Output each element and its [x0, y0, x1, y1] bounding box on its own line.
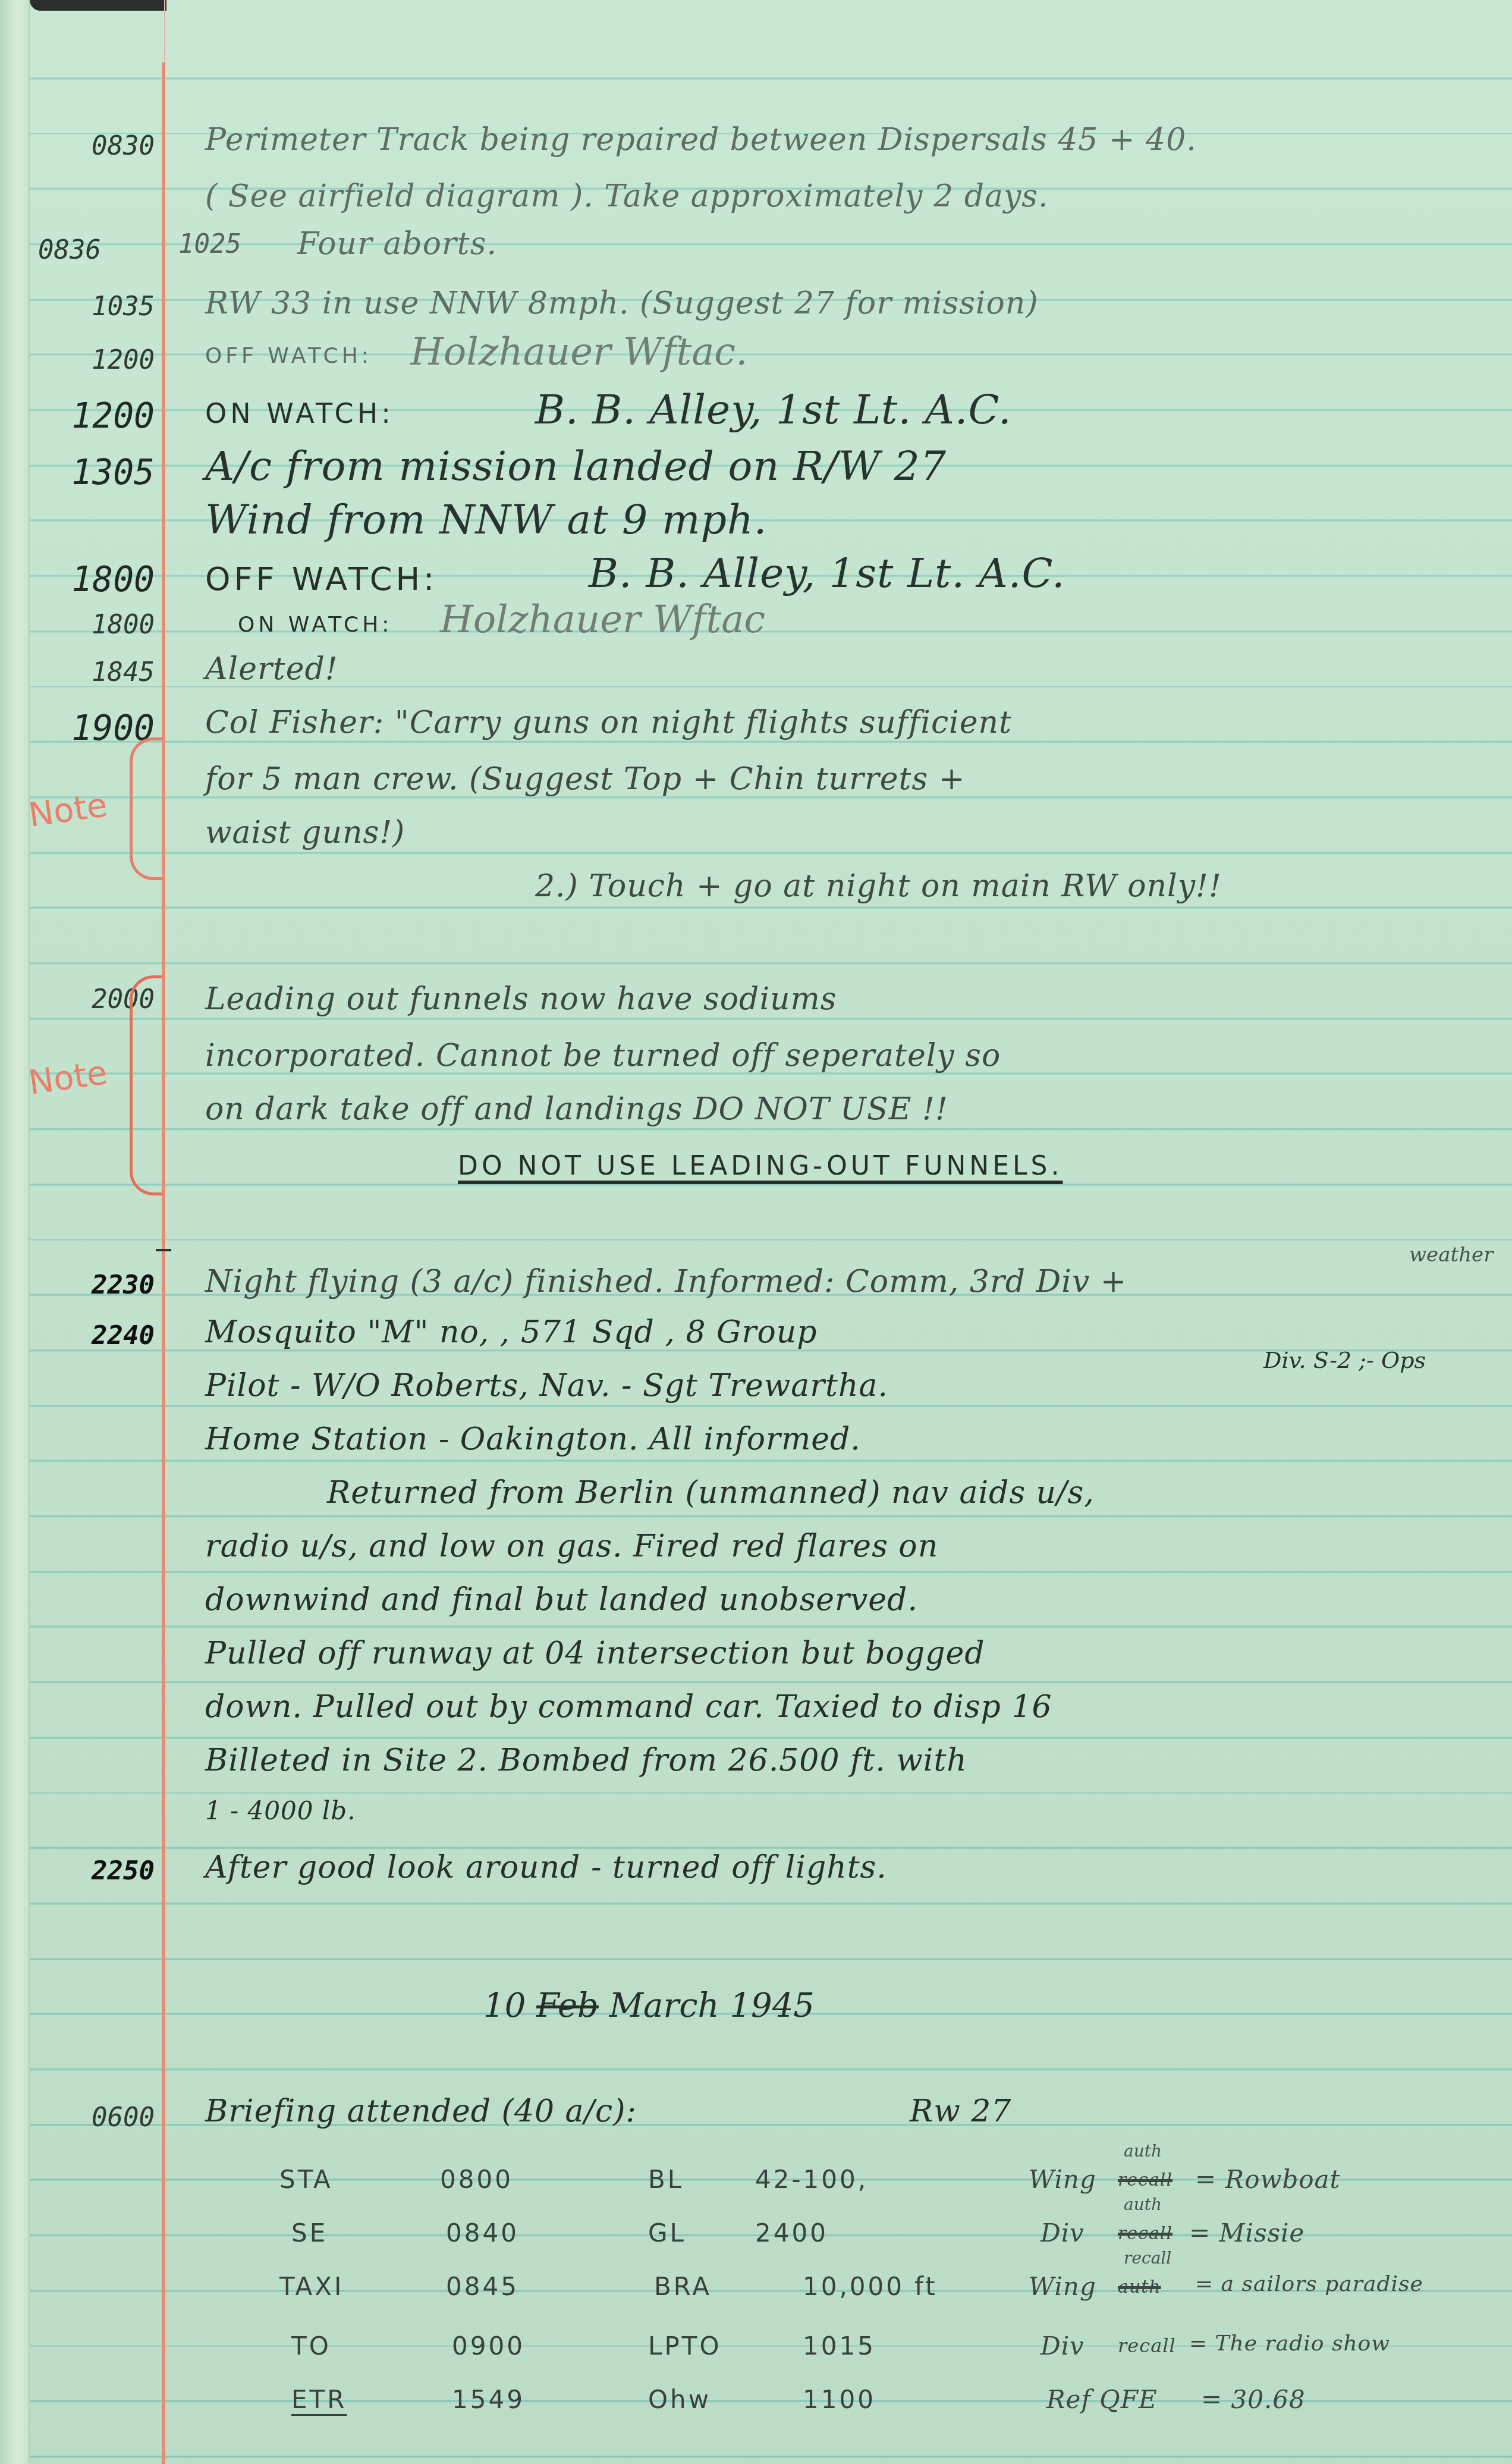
- entry-text: Night flying (3 a/c) finished. Informed:…: [205, 1264, 1494, 1300]
- entry-text: down. Pulled out by command car. Taxied …: [205, 1689, 1494, 1725]
- red-brace: [130, 737, 162, 880]
- entry-text: Four aborts.: [297, 226, 1494, 262]
- briefing-key-qualifier: recall: [1118, 2334, 1176, 2357]
- margin-line-top: [164, 0, 165, 62]
- entry-text: RW 33 in use NNW 8mph. (Suggest 27 for m…: [205, 285, 1494, 321]
- date-year: 1945: [730, 1986, 815, 2025]
- signature: Holzhauer Wftac.: [410, 330, 747, 374]
- red-brace: [130, 975, 162, 1195]
- entry-text: incorporated. Cannot be turned off seper…: [205, 1038, 1494, 1074]
- entry-text: Col Fisher: "Carry guns on night flights…: [205, 705, 1494, 740]
- briefing-insert: auth: [1124, 2141, 1162, 2161]
- entry-text: Pilot - W/O Roberts, Nav. - Sgt Trewarth…: [205, 1368, 1494, 1404]
- entry-time: 1035: [59, 291, 155, 322]
- signature: Holzhauer Wftac: [440, 598, 765, 642]
- entry-text: Wind from NNW at 9 mph.: [205, 497, 1494, 544]
- entry-time: 1200: [59, 396, 155, 436]
- briefing-value: 2400: [755, 2218, 828, 2248]
- briefing-value: 10,000 ft: [803, 2272, 938, 2301]
- briefing-value: 1549: [452, 2385, 525, 2414]
- entry-text: on dark take off and landings DO NOT USE…: [205, 1091, 1494, 1127]
- entry-text: Billeted in Site 2. Bombed from 26.500 f…: [205, 1743, 1494, 1778]
- briefing-key: Wing: [1029, 2272, 1096, 2301]
- entry-text: Alerted!: [205, 651, 1494, 687]
- briefing-value: = Missie: [1189, 2218, 1304, 2248]
- briefing-value: = 30.68: [1201, 2385, 1306, 2414]
- watch-label: OFF WATCH:: [205, 344, 1494, 368]
- briefing-key: LPTO: [648, 2331, 721, 2361]
- entry-text: Perimeter Track being repaired between D…: [205, 122, 1494, 158]
- briefing-key: GL: [648, 2218, 686, 2248]
- briefing-value: 0900: [452, 2331, 525, 2361]
- entry-text: After good look around - turned off ligh…: [205, 1850, 1494, 1885]
- watch-label: ON WATCH:: [238, 613, 1494, 637]
- briefing-key: Ref QFE: [1046, 2385, 1158, 2414]
- briefing-value: 0840: [446, 2218, 519, 2248]
- briefing-value: 0845: [446, 2272, 519, 2301]
- entry-text: downwind and final but landed unobserved…: [205, 1582, 1494, 1618]
- entry-time: 1305: [59, 452, 155, 492]
- entry-time: 0836: [36, 235, 101, 265]
- entry-text: ( See airfield diagram ). Take approxima…: [205, 178, 1494, 214]
- code-word: The radio show: [1215, 2331, 1390, 2356]
- briefing-value: = The radio show: [1189, 2331, 1390, 2356]
- briefing-value: 1100: [803, 2385, 876, 2414]
- briefing-key: Div: [1041, 2218, 1085, 2248]
- entry-time: 0830: [59, 131, 155, 161]
- warning-text: DO NOT USE LEADING-OUT FUNNELS.: [458, 1151, 1494, 1181]
- officer-name: B. B. Alley, 1st Lt. A.C.: [535, 387, 1494, 434]
- briefing-insert: auth: [1124, 2195, 1162, 2214]
- briefing-key: Wing: [1029, 2165, 1096, 2194]
- entry-text: Home Station - Oakington. All informed.: [205, 1421, 1494, 1457]
- briefing-key: BRA: [654, 2272, 712, 2301]
- briefing-key: BL: [648, 2165, 684, 2194]
- entry-time: 1800: [59, 610, 155, 640]
- entry-text: Returned from Berlin (unmanned) nav aids…: [327, 1475, 1494, 1511]
- briefing-struck: recall: [1118, 2170, 1172, 2190]
- entry-time: 1845: [59, 657, 155, 688]
- code-word: Missie: [1219, 2218, 1305, 2248]
- entry-time: 1800: [59, 559, 155, 599]
- date-month: March: [609, 1986, 719, 2025]
- briefing-key: Div: [1041, 2331, 1085, 2361]
- briefing-value: = a sailors paradise: [1195, 2272, 1423, 2296]
- page-corner-shadow: [30, 0, 166, 11]
- briefing-key: Ohw: [648, 2385, 711, 2414]
- logbook-page: 0830 Perimeter Track being repaired betw…: [0, 0, 1512, 2464]
- entry-time: 0600: [59, 2102, 155, 2133]
- entry-text: for 5 man crew. (Suggest Top + Chin turr…: [205, 761, 1494, 797]
- margin-tick: [156, 1249, 171, 1251]
- entry-text: 2.) Touch + go at night on main RW only!…: [535, 868, 1494, 904]
- superscript-note: weather: [1409, 1243, 1493, 1267]
- entry-text: radio u/s, and low on gas. Fired red fla…: [205, 1528, 1494, 1564]
- officer-name: B. B. Alley, 1st Lt. A.C.: [589, 550, 1494, 597]
- date-heading: 10 Feb March 1945: [0, 1986, 1405, 2025]
- briefing-value: 42-100,: [755, 2165, 868, 2194]
- entry-text: Mosquito "M" no, , 571 Sqd , 8 Group: [205, 1314, 1494, 1350]
- briefing-key: ETR: [291, 2385, 347, 2414]
- briefing-value: 0800: [440, 2165, 513, 2194]
- briefing-value: 1015: [803, 2331, 876, 2361]
- briefing-key: TO: [291, 2331, 331, 2361]
- entry-text: 1 - 4000 lb.: [205, 1796, 1494, 1825]
- red-margin-line: [162, 62, 165, 2464]
- briefing-struck: recall: [1118, 2223, 1172, 2244]
- page-binding-edge: [0, 0, 30, 2464]
- entry-time: 2240: [59, 1320, 155, 1351]
- briefing-runway: Rw 27: [910, 2093, 1494, 2129]
- briefing-key: SE: [291, 2218, 328, 2248]
- entry-time: 2250: [59, 1856, 155, 1886]
- code-word: a sailors paradise: [1221, 2272, 1423, 2296]
- briefing-insert: recall: [1124, 2248, 1171, 2268]
- entry-time-end: 1025: [178, 229, 250, 259]
- briefing-struck: auth: [1118, 2277, 1161, 2297]
- briefing-value: = Rowboat: [1195, 2165, 1341, 2194]
- date-struck-month: Feb: [536, 1986, 599, 2025]
- note-label: Note: [26, 1053, 109, 1103]
- code-word: Rowboat: [1225, 2165, 1341, 2194]
- note-label: Note: [26, 786, 109, 835]
- qfe-value: 30.68: [1231, 2385, 1306, 2414]
- date-day: 10: [483, 1986, 526, 2025]
- entry-text: Pulled off runway at 04 intersection but…: [205, 1636, 1494, 1671]
- briefing-key: STA: [279, 2165, 333, 2194]
- entry-text: waist guns!): [205, 815, 1494, 850]
- entry-text: Leading out funnels now have sodiums: [205, 981, 1494, 1017]
- entry-time: 2230: [59, 1270, 155, 1300]
- entry-text: A/c from mission landed on R/W 27: [205, 443, 1494, 490]
- briefing-key: TAXI: [279, 2272, 344, 2301]
- entry-time: 1200: [59, 345, 155, 375]
